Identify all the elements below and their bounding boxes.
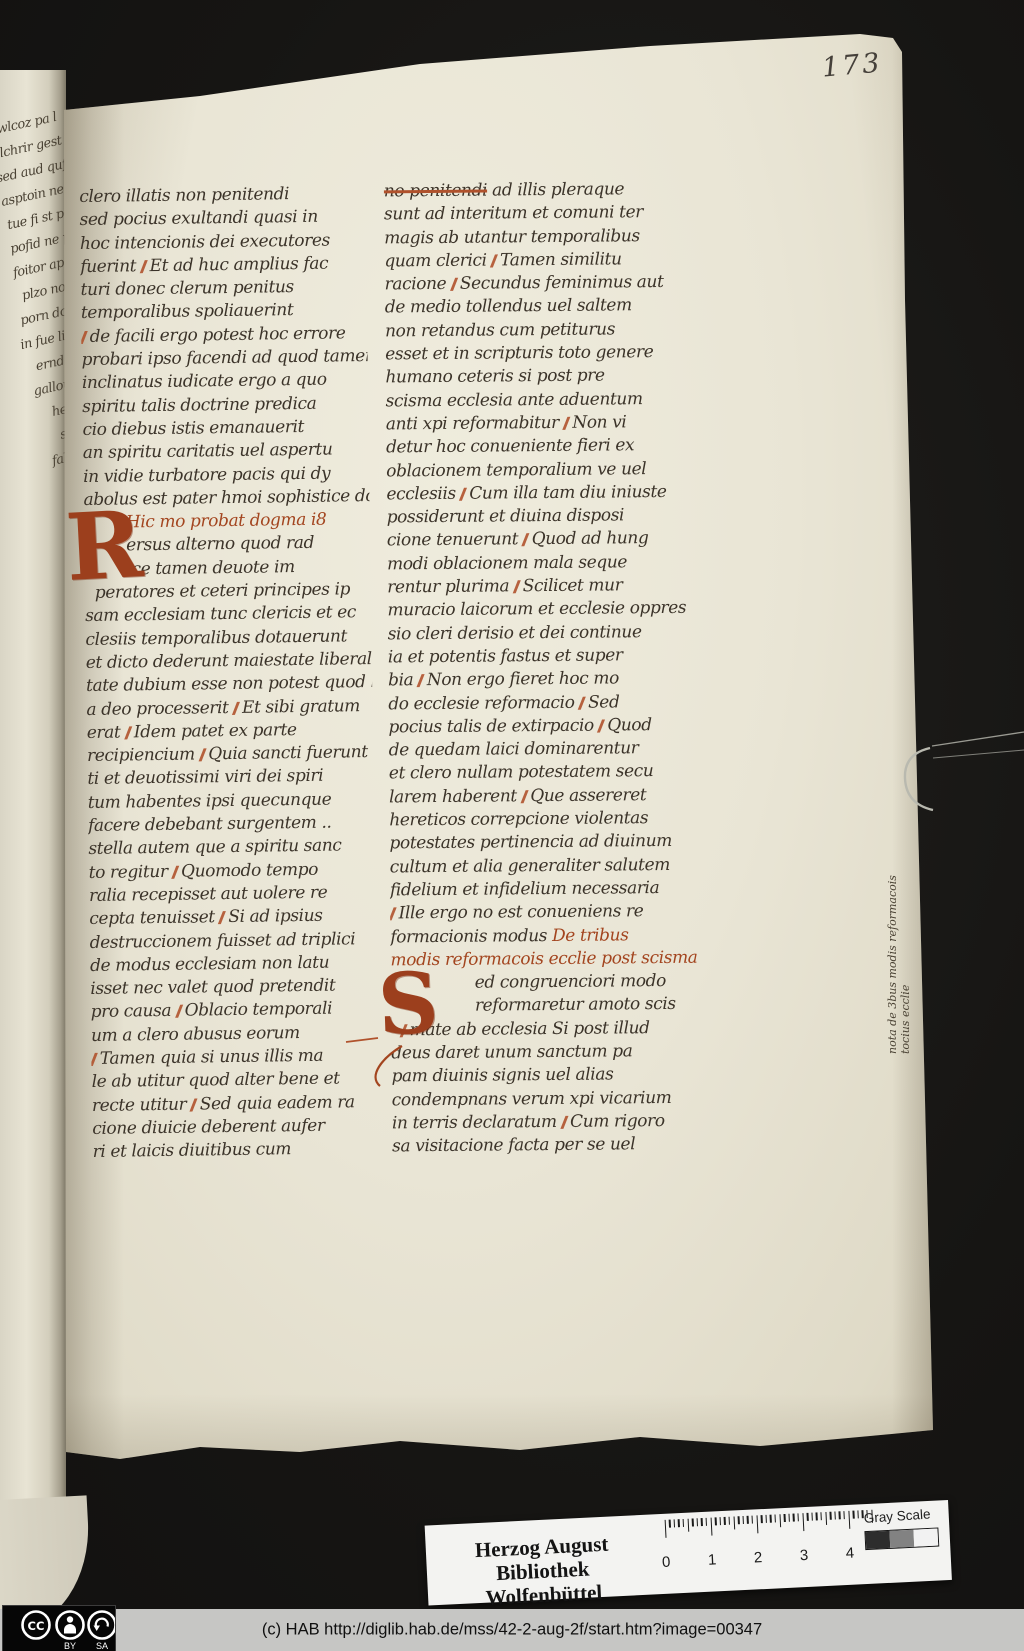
ruler-tick: [687, 1519, 689, 1532]
ruler-tick: [825, 1512, 827, 1525]
ruler-tick: [719, 1517, 721, 1525]
ruler-tick: [715, 1517, 717, 1525]
gray-scale-patch: [890, 1530, 915, 1548]
manuscript-line: detur hoc conueniente fieri ex: [386, 434, 708, 460]
ruler-tick: [843, 1511, 845, 1519]
manuscript-line: ri et laicis diuitibus cum: [92, 1137, 378, 1164]
manuscript-line: anti xpi reformabitur Non vi: [386, 411, 708, 437]
manuscript-line: scisma ecclesia ante aduentum: [386, 387, 708, 413]
manuscript-line: esset et in scripturis toto genere: [385, 341, 707, 367]
ruler-tick: [724, 1517, 726, 1525]
by-label: BY: [64, 1641, 76, 1651]
scale-number: 0: [662, 1554, 671, 1571]
ruler-tick: [834, 1512, 836, 1520]
ruler-tick: [839, 1511, 841, 1519]
ruler-tick: [779, 1514, 781, 1527]
ruler-tick: [793, 1514, 795, 1522]
ruler-tick: [770, 1515, 772, 1523]
manuscript-line: humano ceteris si post pre: [385, 364, 707, 390]
gray-scale-patch: [914, 1529, 939, 1547]
ruler-tick: [728, 1517, 730, 1525]
ruler-tick: [848, 1511, 850, 1529]
manuscript-line: non retandus cum petiturus: [385, 317, 707, 343]
manuscript-line: isset nec valet quod pretendit: [90, 974, 376, 1001]
ruler-tick: [830, 1512, 832, 1520]
manuscript-line: sunt ad interitum et comuni ter: [384, 201, 706, 227]
margin-note-line: nota de 3bus modis reformacois: [886, 858, 899, 1054]
ruler-tick: [673, 1519, 675, 1527]
manuscript-line: modis reformacois ecclie post scisma: [390, 946, 712, 972]
ruler-tick: [853, 1511, 855, 1519]
ruler-tick: [705, 1518, 707, 1526]
ruler-tick: [664, 1520, 666, 1538]
manuscript-line: formacionis modus De tribus: [390, 923, 712, 949]
sa-label: SA: [96, 1641, 108, 1651]
manuscript-line: recipiencium Quia sancti fuerunt: [87, 741, 373, 768]
scale-number: 2: [754, 1549, 763, 1566]
scale-number: 4: [845, 1545, 854, 1562]
cc-icon-letters: CC: [28, 1619, 45, 1633]
manuscript-line: racione Secundus feminimus aut: [385, 271, 707, 297]
manuscript-line: Ille ergo no est conueniens re: [390, 900, 712, 926]
manuscript-line: magis ab utantur temporalibus: [384, 224, 706, 250]
manuscript-line: ecclesiis Cum illa tam diu iniuste: [386, 480, 708, 506]
ruler-ticks: [664, 1510, 877, 1540]
manuscript-line: destruccionem fuisset ad triplici: [90, 927, 376, 954]
ruler-scale: 01234: [660, 1504, 868, 1594]
manuscript-line: fidelium et infidelium necessaria: [390, 876, 712, 902]
clip-wire-line: [933, 750, 1024, 758]
ruler-tick: [733, 1516, 735, 1529]
manuscript-line: reformaretur amoto scis: [391, 993, 713, 1019]
ruler-tick: [678, 1519, 680, 1527]
library-name: Herzog August Bibliothek Wolfenbüttel: [425, 1514, 660, 1605]
ruler-tick: [807, 1513, 809, 1521]
scan-canvas: wlcoz pa ld lchrir gestsed aud qufasptoi…: [0, 0, 1024, 1651]
ruler-tick: [701, 1518, 703, 1526]
gray-scale: Gray Scale: [864, 1500, 952, 1584]
ruler-tick: [692, 1518, 694, 1526]
manuscript-line: sam ecclesiam tunc clericis et ec: [85, 601, 371, 628]
manuscript-line: recte utitur Sed quia eadem ra: [92, 1091, 378, 1118]
ruler-tick: [756, 1515, 758, 1533]
manuscript-line: ia et potentis fastus et super: [388, 644, 710, 670]
cc-license-badge: CC BY SA: [2, 1605, 116, 1651]
ruler-tick: [784, 1514, 786, 1522]
folio-number: 173: [821, 47, 884, 83]
ruler-tick: [747, 1516, 749, 1524]
ruler-tick: [710, 1518, 712, 1536]
scale-number: 3: [799, 1547, 808, 1564]
cc-license-icons: CC BY SA: [3, 1606, 115, 1651]
manuscript-line: de quedam laici dominarentur: [389, 737, 711, 763]
manuscript-line: oblacionem temporalium ve uel: [386, 457, 708, 483]
manuscript-line: bia Non ergo fieret hoc mo: [388, 667, 710, 693]
manuscript-line: stella autem que a spiritu sanc: [88, 834, 374, 861]
manuscript-line: quam clerici Tamen similitu: [384, 248, 706, 274]
ruler-tick: [742, 1516, 744, 1524]
scale-number: 1: [708, 1551, 717, 1568]
manuscript-line: sio cleri derisio et dei continue: [388, 620, 710, 646]
manuscript-line: an spiritu caritatis uel aspertu: [83, 438, 369, 465]
ruler-tick: [788, 1514, 790, 1522]
manuscript-column-1: clero illatis non penitendised pocius ex…: [79, 182, 379, 1172]
ruler-tick: [811, 1513, 813, 1521]
manuscript-line: modi oblacionem mala seque: [387, 550, 709, 576]
manuscript-line: potestates pertinencia ad diuinum: [389, 830, 711, 856]
manuscript-line: a deo processerit Et sibi gratum: [86, 695, 372, 722]
manuscript-line: do ecclesie reformacio Sed: [388, 690, 710, 716]
footer-bar: CC BY SA (c) HAB http://diglib.hab.de/ms…: [0, 1609, 1024, 1651]
manuscript-line: muracio laicorum et ecclesie oppres: [387, 597, 709, 623]
red-initial-R: R: [64, 498, 145, 594]
manuscript-line: de medio tollendus uel saltem: [385, 294, 707, 320]
manuscript-line: in terris declaratum Cum rigoro: [392, 1109, 714, 1135]
manuscript-line: condempnans verum xpi vicarium: [392, 1086, 714, 1112]
manuscript-line: pam diuinis signis uel alias: [391, 1063, 713, 1089]
ruler-tick: [738, 1516, 740, 1524]
ruler-card: Herzog August Bibliothek Wolfenbüttel 01…: [425, 1500, 952, 1606]
clip-wire-line: [932, 732, 1024, 746]
ruler-tick: [797, 1513, 799, 1521]
margin-note-line: tocius ecclie: [899, 858, 912, 1054]
ruler-tick: [816, 1512, 818, 1520]
ruler-tick: [857, 1510, 859, 1518]
page-bottom-shadow: [52, 1394, 938, 1464]
image-caption: (c) HAB http://diglib.hab.de/mss/42-2-au…: [262, 1621, 762, 1640]
manuscript-line: cultum et alia generaliter salutem: [390, 853, 712, 879]
ruler-tick: [751, 1516, 753, 1524]
manuscript-line: hereticos correpcione violentas: [389, 807, 711, 833]
ruler-tick: [765, 1515, 767, 1523]
red-initial-S: S: [377, 961, 441, 1047]
ruler-tick: [802, 1513, 804, 1531]
manuscript-line: rentur plurima Scilicet mur: [387, 574, 709, 600]
manuscript-line: inclinatus iudicate ergo a quo: [82, 368, 368, 395]
manuscript-line: larem haberent Que assereret: [389, 783, 711, 809]
manuscript-line: pocius talis de extirpacio Quod: [388, 713, 710, 739]
ruler-tick: [696, 1518, 698, 1526]
manuscript-line: et clero nullam potestatem secu: [389, 760, 711, 786]
margin-note: nota de 3bus modis reformacois tocius ec…: [886, 858, 912, 1054]
ruler-tick: [820, 1512, 822, 1520]
ruler-tick: [669, 1520, 671, 1528]
ruler-scale-numbers: 01234: [666, 1543, 879, 1573]
manuscript-line: cione tenuerunt Quod ad hung: [387, 527, 709, 553]
manuscript-line: le ab utitur quod alter bene et: [91, 1067, 377, 1094]
ruler-tick: [761, 1515, 763, 1523]
sharealike-arrow-icon: [89, 1612, 116, 1639]
ruler-tick: [683, 1519, 685, 1527]
gray-scale-label: Gray Scale: [864, 1505, 949, 1526]
left-page-text-fragments: wlcoz pa ld lchrir gestsed aud qufasptoi…: [0, 106, 66, 1264]
manuscript-line: sa visitacione facta per se uel: [392, 1133, 714, 1159]
manuscript-line: no penitendi ad illis pleraque: [384, 178, 706, 204]
left-page-edge: wlcoz pa ld lchrir gestsed aud qufasptoi…: [0, 70, 66, 1540]
manuscript-line: possiderunt et diuina disposi: [387, 504, 709, 530]
manuscript-line: fuerint Et ad huc amplius fac: [80, 252, 366, 279]
ruler-tick: [774, 1514, 776, 1522]
manuscript-line: tate dubium esse non potest quod hoc: [86, 671, 372, 698]
page-edge-shadow: [892, 28, 938, 1464]
manuscript-line: ed congruenciori modo: [391, 970, 713, 996]
